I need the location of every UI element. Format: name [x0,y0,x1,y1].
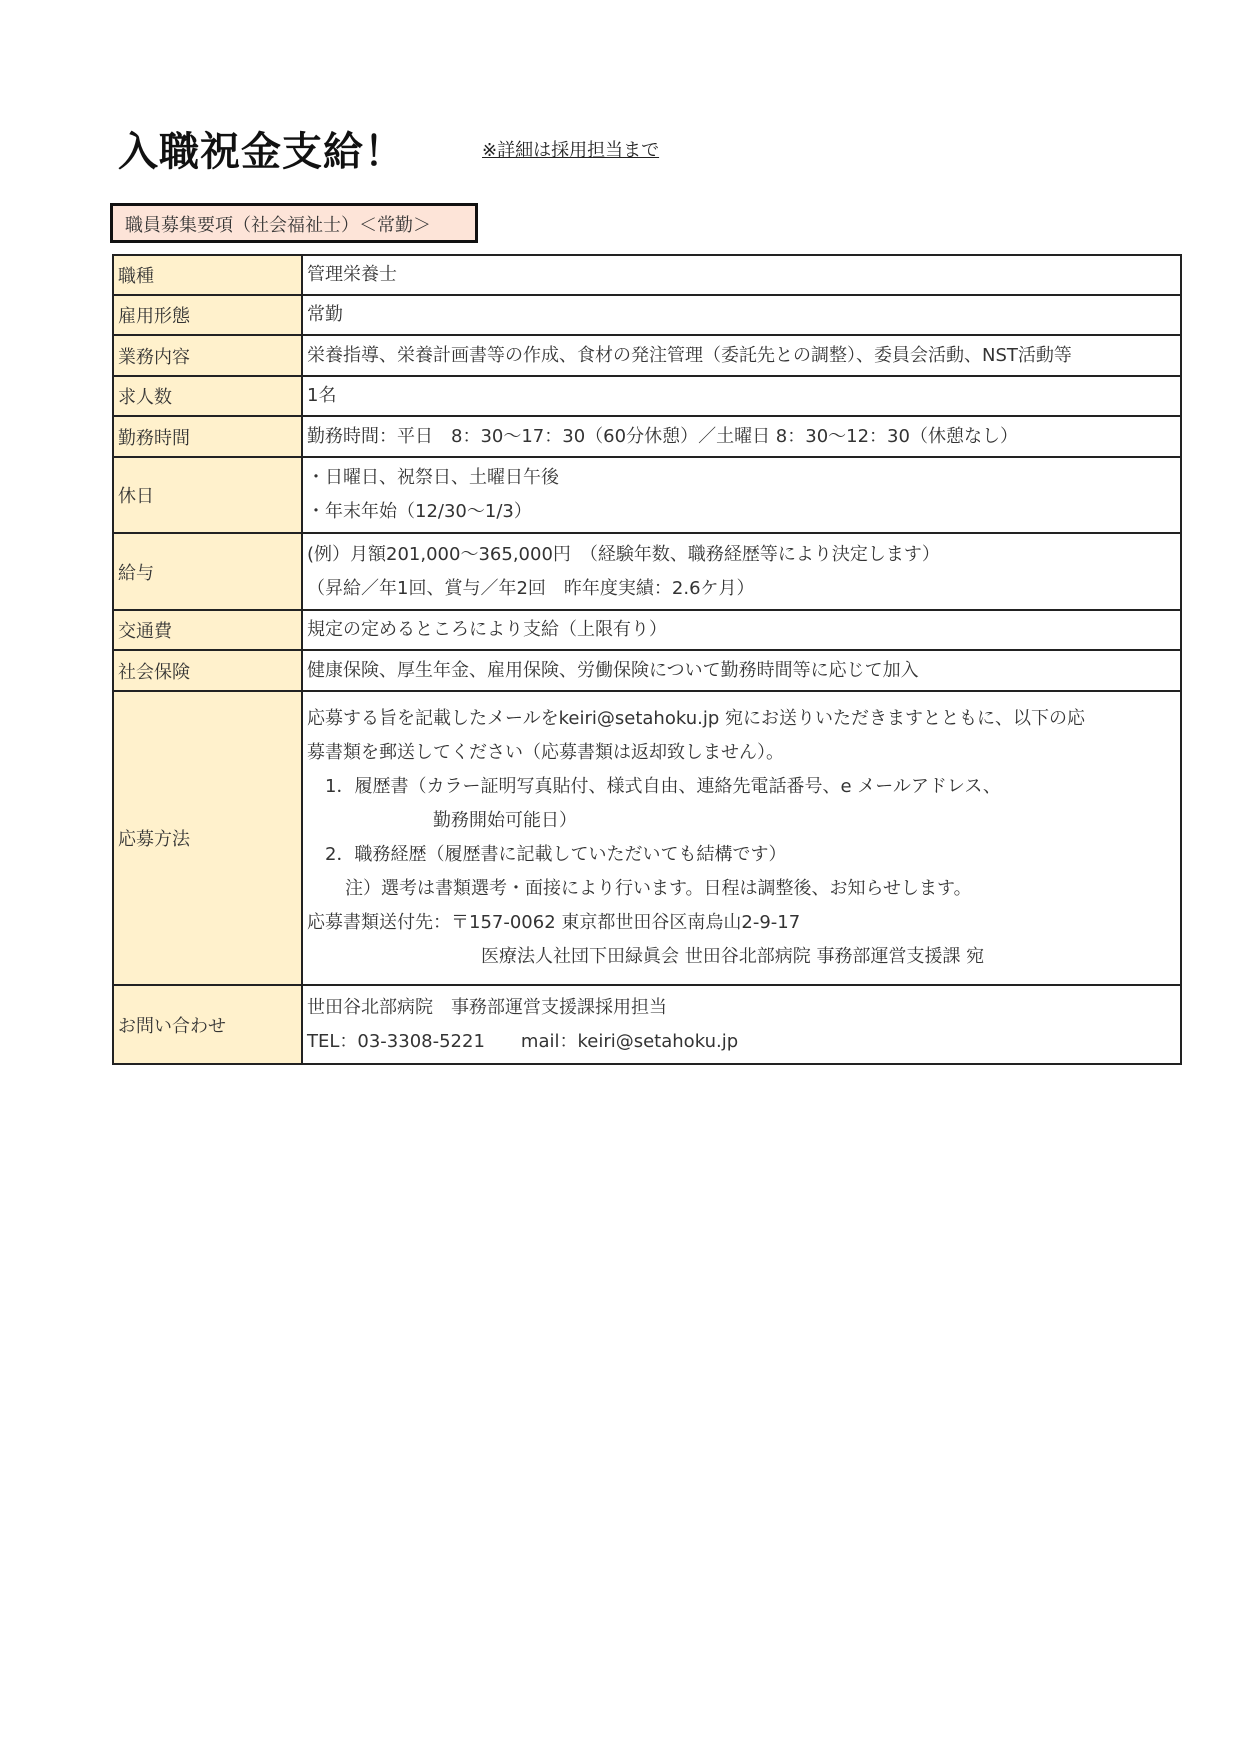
table-row: お問い合わせ 世田谷北部病院 事務部運営支援課採用担当 TEL：03-3308-… [113,985,1181,1064]
value-line: 医療法人社団下田緑眞会 世田谷北部病院 事務部運営支援課 宛 [307,940,1176,974]
value-line: ・年末年始（12/30〜1/3） [307,495,1176,529]
row-value: 常勤 [302,295,1181,335]
value-line: TEL：03-3308-5221 mail：keiri@setahoku.jp [307,1025,1176,1059]
value-line: ・日曜日、祝祭日、土曜日午後 [307,461,1176,495]
row-label: 社会保険 [113,650,302,691]
row-label: 給与 [113,533,302,610]
row-label: 勤務時間 [113,416,302,457]
value-line: 1名 [307,379,1176,413]
value-line: 注）選考は書類選考・面接により行います。日程は調整後、お知らせします。 [307,872,1176,906]
row-value: 管理栄養士 [302,255,1181,295]
row-label: 雇用形態 [113,295,302,335]
value-line: 管理栄養士 [307,258,1176,292]
recruitment-table: 職種 管理栄養士 雇用形態 常勤 業務内容 栄養指導、栄養計画書等の作成、食材の… [112,254,1182,1065]
value-line: 応募する旨を記載したメールをkeiri@setahoku.jp 宛にお送りいただ… [307,702,1176,736]
value-line: 応募書類送付先：〒157-0062 東京都世田谷区南烏山2-9-17 [307,906,1176,940]
section-title-box: 職員募集要項（社会福祉士）＜常勤＞ [110,203,478,243]
value-line: 勤務時間：平日 8：30〜17：30（60分休憩）／土曜日 8：30〜12：30… [307,420,1176,454]
row-label: 応募方法 [113,691,302,985]
page-title: 入職祝金支給！ [118,120,405,177]
value-line: 募書類を郵送してください（応募書類は返却致しません）。 [307,736,1176,770]
row-value: 世田谷北部病院 事務部運営支援課採用担当 TEL：03-3308-5221 ma… [302,985,1181,1064]
row-value: 1名 [302,376,1181,416]
value-line: 規定の定めるところにより支給（上限有り） [307,613,1176,647]
value-line: (例）月額201,000〜365,000円 （経験年数、職務経歴等により決定しま… [307,538,1176,572]
table-row: 応募方法 応募する旨を記載したメールをkeiri@setahoku.jp 宛にお… [113,691,1181,985]
value-line: 常勤 [307,298,1176,332]
row-value: (例）月額201,000〜365,000円 （経験年数、職務経歴等により決定しま… [302,533,1181,610]
table-row: 休日 ・日曜日、祝祭日、土曜日午後 ・年末年始（12/30〜1/3） [113,457,1181,533]
table-row: 職種 管理栄養士 [113,255,1181,295]
value-line: 健康保険、厚生年金、雇用保険、労働保険について勤務時間等に応じて加入 [307,654,1176,688]
table-row: 勤務時間 勤務時間：平日 8：30〜17：30（60分休憩）／土曜日 8：30〜… [113,416,1181,457]
row-label: お問い合わせ [113,985,302,1064]
value-line: 1．履歴書（カラー証明写真貼付、様式自由、連絡先電話番号、e メールアドレス、 [307,770,1176,804]
table-row: 交通費 規定の定めるところにより支給（上限有り） [113,610,1181,650]
value-line: 世田谷北部病院 事務部運営支援課採用担当 [307,991,1176,1025]
row-label: 交通費 [113,610,302,650]
row-label: 求人数 [113,376,302,416]
row-label: 業務内容 [113,335,302,376]
row-value: ・日曜日、祝祭日、土曜日午後 ・年末年始（12/30〜1/3） [302,457,1181,533]
value-line: 栄養指導、栄養計画書等の作成、食材の発注管理（委託先との調整）、委員会活動、NS… [307,339,1176,373]
row-value: 勤務時間：平日 8：30〜17：30（60分休憩）／土曜日 8：30〜12：30… [302,416,1181,457]
table-row: 求人数 1名 [113,376,1181,416]
row-label: 職種 [113,255,302,295]
value-line: （昇給／年1回、賞与／年2回 昨年度実績：2.6ケ月） [307,572,1176,606]
value-line: 2．職務経歴（履歴書に記載していただいても結構です） [307,838,1176,872]
details-note: ※詳細は採用担当まで [482,136,659,162]
section-title: 職員募集要項（社会福祉士）＜常勤＞ [125,211,431,237]
table-row: 給与 (例）月額201,000〜365,000円 （経験年数、職務経歴等により決… [113,533,1181,610]
table-row: 業務内容 栄養指導、栄養計画書等の作成、食材の発注管理（委託先との調整）、委員会… [113,335,1181,376]
row-value: 応募する旨を記載したメールをkeiri@setahoku.jp 宛にお送りいただ… [302,691,1181,985]
table-row: 雇用形態 常勤 [113,295,1181,335]
row-label: 休日 [113,457,302,533]
row-value: 栄養指導、栄養計画書等の作成、食材の発注管理（委託先との調整）、委員会活動、NS… [302,335,1181,376]
value-line: 勤務開始可能日） [307,804,1176,838]
table-row: 社会保険 健康保険、厚生年金、雇用保険、労働保険について勤務時間等に応じて加入 [113,650,1181,691]
row-value: 規定の定めるところにより支給（上限有り） [302,610,1181,650]
row-value: 健康保険、厚生年金、雇用保険、労働保険について勤務時間等に応じて加入 [302,650,1181,691]
